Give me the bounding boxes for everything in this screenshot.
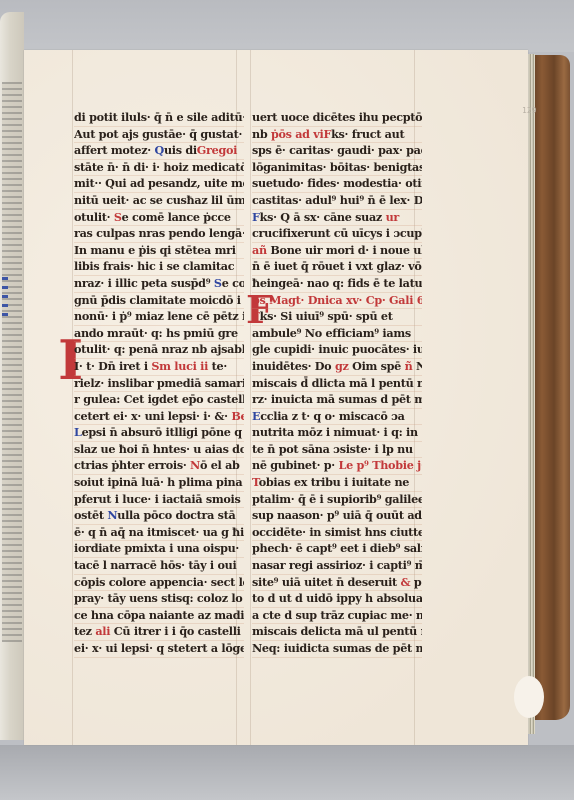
- rubric: Sm luci ii: [151, 359, 208, 373]
- text-segment: ō el ab: [200, 458, 240, 472]
- text-line: nraz· i illic peta susp̄d⁹ Se co: [74, 276, 244, 293]
- text-segment: epsi n̄ absurō itlligi pōne q: [82, 425, 242, 439]
- text-line: Tobias ex tribu i iuitate ne: [252, 475, 422, 492]
- text-segment: uis di: [164, 143, 197, 157]
- text-line: ps Magt· Dnica xv· Cp· Gali 6: [252, 293, 422, 310]
- text-segment: nē gubinet· p·: [252, 458, 339, 472]
- text-segment: affert motez·: [74, 143, 154, 157]
- text-segment: I· t· Dn̄ iret i: [74, 359, 151, 373]
- photo-background-bottom: [0, 745, 574, 800]
- text-segment: otulit·: [74, 210, 114, 224]
- text-segment: obias ex tribu i iuitate ne: [259, 475, 409, 489]
- text-line: Fks· Si uiuī⁹ spū· spū et: [252, 309, 422, 326]
- text-line: suetudo· fides· modestia· otinēcia·: [252, 176, 422, 193]
- blue-initial: S: [214, 276, 222, 290]
- text-line: Lepsi n̄ absurō itlligi pōne q: [74, 425, 244, 442]
- rubric: ps Magt· Dnica xv· Cp· Gali 6: [252, 293, 422, 307]
- text-line: libis frais· hic i se clamitac: [74, 259, 244, 276]
- text-line: rz· inuicta mā sumas d pēt mis ps lll: [252, 392, 422, 409]
- text-line: stāte n̄· n̄ di· i· hoiz medicatō exp: [74, 160, 244, 177]
- ruling-line: [72, 50, 73, 745]
- folio-number: 129: [522, 106, 536, 115]
- text-line: gle cupidi· inuic puocātes· iuic: [252, 342, 422, 359]
- text-line: In manu e ṗis qi stētea mri: [74, 243, 244, 260]
- text-line: I· t· Dn̄ iret i Sm luci ii te·: [74, 359, 244, 376]
- rubric: &: [401, 575, 411, 589]
- text-line: nē gubinet· p· Le p⁹ Thobie j·: [252, 458, 422, 475]
- text-line: tacē l narracē hōs· tāy i oui: [74, 558, 244, 575]
- left-page-blue-initials: [2, 277, 8, 317]
- text-line: n̄ ē iuet q̄ rōuet i vxt glaz· vō n̄ li: [252, 259, 422, 276]
- text-line: te n̄ pot sāna ɔsiste· i lp nu: [252, 442, 422, 459]
- text-line: tez ali Cū itrer i i q̄o castelli oāccēt: [74, 624, 244, 641]
- text-line: ctrias ṗhter errois· Nō el ab: [74, 458, 244, 475]
- text-line: ras culpas nras pendo lengā·: [74, 226, 244, 243]
- text-segment: te·: [208, 359, 227, 373]
- text-line: occidēte· in simist hns ciutte se: [252, 525, 422, 542]
- red-initial: F: [323, 127, 331, 141]
- text-line: añ Bone uir mori d· i noue ubis: [252, 243, 422, 260]
- text-line: slaz ue ħoi n̄ hntes· u aias do: [74, 442, 244, 459]
- ruling-line: [250, 50, 251, 745]
- text-line: ptalim· q̄ ē i supiorib⁹ galilee: [252, 492, 422, 509]
- text-line: ando mraūt· q: hs pmiū gre: [74, 326, 244, 343]
- rubric: Gregoi: [197, 143, 237, 157]
- text-line: Ecclia z t· q o· miscacō ɔa: [252, 409, 422, 426]
- rubric: Bede: [231, 409, 244, 423]
- text-line: Fks· Q ā sx· cāne suaz ur: [252, 210, 422, 227]
- text-line: miscais delicta mā ul pentū moy·: [252, 624, 422, 641]
- red-initial: T: [252, 475, 259, 489]
- text-line: nonū· i ṗ⁹ miaz lene cē pētz ilar: [74, 309, 244, 326]
- text-segment: Ne re: [412, 359, 422, 373]
- rubric: ur: [386, 210, 399, 224]
- left-page-text-block: [2, 82, 22, 642]
- text-segment: Bone uir mori d· i noue ubis: [267, 243, 422, 257]
- book-binding-cover: [530, 55, 570, 720]
- text-line: cōpis colore appencia· sect le: [74, 575, 244, 592]
- text-segment: inuidētes· Do: [252, 359, 335, 373]
- text-line: ambule⁹ No efficiam⁹ iams: [252, 326, 422, 343]
- text-segment: Cū itrer i i q̄o castelli oāccēt: [110, 624, 244, 638]
- text-segment: cetert ei· x· uni lepsi· i· &·: [74, 409, 231, 423]
- text-line: castitas· adul⁹ hui⁹ n̄ ē lex· Do: [252, 193, 422, 210]
- text-segment: e comē lance ṗcce: [122, 210, 231, 224]
- text-segment: Oim spē: [349, 359, 405, 373]
- text-segment: site⁹ uiā uitet n̄ deseruit: [252, 575, 401, 589]
- parchment-hole: [514, 676, 544, 718]
- text-line: phech· ē capt⁹ eet i dieb⁹ salma: [252, 541, 422, 558]
- blue-initial: N: [107, 508, 117, 522]
- rubric: ṗōs ad vi: [271, 127, 324, 141]
- text-line: gnū p̄dis clamitate moicdō i: [74, 293, 244, 310]
- text-segment: nb: [252, 127, 271, 141]
- blue-initial: Q: [154, 143, 163, 157]
- text-line: ħeingeā· nao q: fids ē te latu⁹ sec: [252, 276, 422, 293]
- red-initial: N: [190, 458, 200, 472]
- text-segment: rz· inuicta mā sumas d pēt mis: [252, 392, 422, 406]
- blue-initial: L: [74, 425, 82, 439]
- text-line: soiut ipinā luā· h plima pina: [74, 475, 244, 492]
- text-line: sps ē· caritas· gaudi· pax· paciā·: [252, 143, 422, 160]
- rubric: Le p⁹ Thobie j·: [339, 458, 423, 472]
- text-line: uert uoce dicētes ihu pecptō miser: [252, 110, 422, 127]
- blue-initial: F: [252, 210, 260, 224]
- text-line: sup naason· p⁹ uiā q̄ ouūt ad: [252, 508, 422, 525]
- photo-background-top: [0, 0, 574, 52]
- text-line: affert motez· Quis diGregoi: [74, 143, 244, 160]
- text-segment: nraz· i illic peta susp̄d⁹: [74, 276, 214, 290]
- text-line: nutrita mōz i nimuat· i q: in: [252, 425, 422, 442]
- text-line: pferut i luce· i iactaiā smois: [74, 492, 244, 509]
- text-line: lōganimitas· bōitas· benigtas· mā: [252, 160, 422, 177]
- text-line: otulit· q: penā nraz nb ajsablē: [74, 342, 244, 359]
- text-line: nb ṗōs ad viFks· fruct aut: [252, 127, 422, 144]
- red-initial: F: [252, 309, 260, 323]
- text-line: pray· tāy uens stisq: coloz lo: [74, 591, 244, 608]
- text-segment: pe: [410, 575, 422, 589]
- text-line: crucifixerunt cū uīcys i ɔcupīs· Do·: [252, 226, 422, 243]
- text-line: ostēt Nulla pōco doctra stā: [74, 508, 244, 525]
- rubric: ali: [95, 624, 110, 638]
- text-line: ē· q n̄ aq̄ na itmiscet· ua g ħic: [74, 525, 244, 542]
- text-segment: e co: [222, 276, 244, 290]
- blue-initial: E: [252, 409, 260, 423]
- text-line: di potit iluls· q̄ n̄ e sile aditū·: [74, 110, 244, 127]
- text-line: mit·· Qui ad pesandz, uite me: [74, 176, 244, 193]
- text-line: a cte d sup trāz cupiac me· ne re: [252, 608, 422, 625]
- text-segment: ks· Si uiuī⁹ spū· spū et: [260, 309, 393, 323]
- text-line: nasar regi assirioz· i capti⁹ m̄ po: [252, 558, 422, 575]
- red-initial: S: [114, 210, 122, 224]
- text-column-right: uert uoce dicētes ihu pecptō misernb ṗōs…: [252, 110, 422, 658]
- text-column-left: di potit iluls· q̄ n̄ e sile aditū·Aut p…: [74, 110, 244, 658]
- text-line: r gulea: Cet igdet ep̄o castelln: [74, 392, 244, 409]
- text-segment: ks· fruct aut: [331, 127, 404, 141]
- text-segment: ctrias ṗhter errois·: [74, 458, 190, 472]
- text-line: site⁹ uiā uitet n̄ deseruit & pe: [252, 575, 422, 592]
- text-segment: ulla pōco doctra stā: [117, 508, 235, 522]
- text-segment: tez: [74, 624, 95, 638]
- rubric: gz: [335, 359, 349, 373]
- text-line: ei· x· ui lepsi· q stetert a lōge· i leu…: [74, 641, 244, 658]
- text-line: miscais d̄ dlicta mā l pentū moy·: [252, 376, 422, 393]
- text-line: otulit· Se comē lance ṗcce: [74, 210, 244, 227]
- text-line: ce hna cōpa naiante az madi·: [74, 608, 244, 625]
- text-segment: ks· Q ā sx· cāne suaz: [260, 210, 386, 224]
- text-line: cetert ei· x· uni lepsi· i· &· Bede: [74, 409, 244, 426]
- left-facing-page-edge: [0, 12, 24, 740]
- text-line: rielz· inslibar pmediā samariā: [74, 376, 244, 393]
- text-line: to d ut d uidō ippy h absoluas me: [252, 591, 422, 608]
- text-line: Neq: iuidicta sumas de pēt mis q:: [252, 641, 422, 658]
- text-segment: cclia z t· q o· miscacō ɔa: [260, 409, 404, 423]
- text-line: nitū ueit· ac se cusħaz lil ūmiaz: [74, 193, 244, 210]
- text-line: Aut pot ajs gustāe· q̄ gustat·: [74, 127, 244, 144]
- text-line: iordiate pmixta i una oispu·: [74, 541, 244, 558]
- text-segment: ostēt: [74, 508, 107, 522]
- text-line: inuidētes· Do gz Oim spē ñ Ne re: [252, 359, 422, 376]
- rubric: añ: [252, 243, 267, 257]
